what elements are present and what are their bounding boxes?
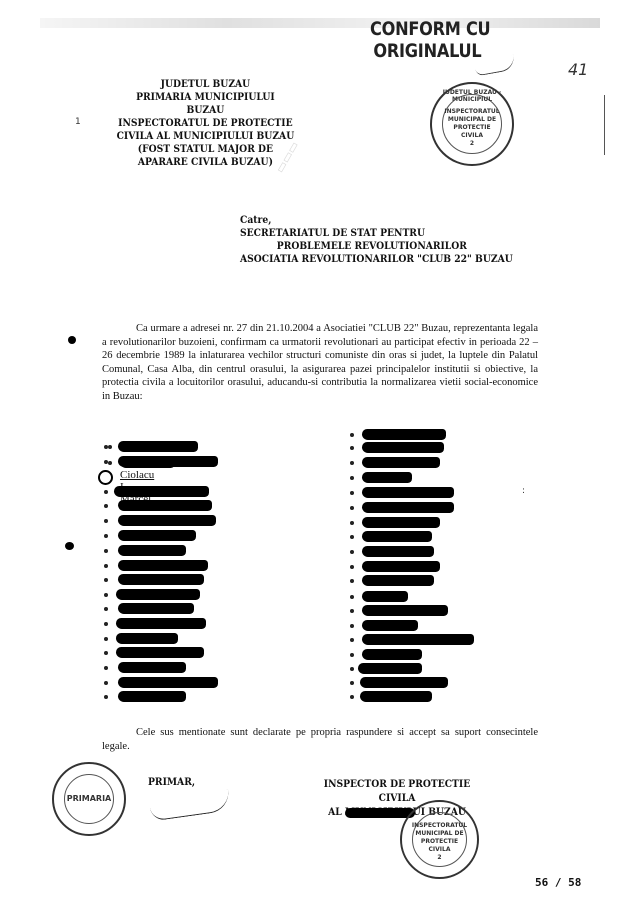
ink-circle bbox=[98, 470, 113, 485]
ink-blot bbox=[65, 542, 74, 550]
addressee-line-3: ASOCIATIA REVOLUTIONARILOR "CLUB 22" BUZ… bbox=[240, 253, 513, 266]
header-line: BUZAU bbox=[95, 104, 316, 117]
header-line: PRIMARIA MUNICIPIULUI bbox=[95, 91, 316, 104]
conform-line-1: CONFORM CU bbox=[370, 18, 490, 40]
header-line: (FOST STATUL MAJOR DE bbox=[95, 143, 316, 156]
page-indicator: 56 / 58 bbox=[535, 876, 581, 889]
addressee-block: Catre, SECRETARIATUL DE STAT PENTRU PROB… bbox=[240, 214, 513, 266]
page-mark-handwritten: 41 bbox=[568, 60, 588, 79]
conform-cu-originalul-stamp: CONFORM CU ORIGINALUL bbox=[370, 18, 490, 62]
header-line: INSPECTORATUL DE PROTECTIE bbox=[95, 117, 316, 130]
addressee-line-1: SECRETARIATUL DE STAT PENTRU bbox=[240, 227, 513, 240]
closing-statement: Cele sus mentionate sunt declarate pe pr… bbox=[102, 726, 538, 754]
margin-line bbox=[604, 95, 605, 155]
scan-artifact bbox=[40, 18, 600, 28]
mayor-signature bbox=[149, 790, 231, 822]
list-left-column: Ciolacu I. Marcel bbox=[104, 441, 304, 701]
ink-blot bbox=[68, 336, 76, 344]
margin-mark: 1 bbox=[75, 117, 81, 127]
conform-line-2: ORIGINALUL bbox=[370, 40, 490, 62]
issuer-header: JUDETUL BUZAU PRIMARIA MUNICIPIULUI BUZA… bbox=[95, 78, 316, 169]
primaria-seal: PRIMARIA bbox=[52, 762, 126, 836]
official-seal-top: JUDETUL BUZAU · MUNICIPIUL INSPECTORATUL… bbox=[430, 82, 514, 166]
list-right-column bbox=[350, 441, 550, 701]
margin-mark: : bbox=[522, 486, 525, 496]
redacted-signature bbox=[345, 808, 415, 818]
header-line: CIVILA AL MUNICIPIULUI BUZAU bbox=[95, 130, 316, 143]
official-seal-bottom: INSPECTORATUL MUNICIPAL DE PROTECTIE CIV… bbox=[400, 800, 479, 879]
addressee-line-2: PROBLEMELE REVOLUTIONARILOR bbox=[240, 240, 513, 253]
header-line: APARARE CIVILA BUZAU) bbox=[95, 156, 316, 169]
body-paragraph: Ca urmare a adresei nr. 27 din 21.10.200… bbox=[102, 322, 538, 403]
header-line: JUDETUL BUZAU bbox=[95, 78, 316, 91]
salutation: Catre, bbox=[240, 214, 513, 227]
mayor-title: PRIMAR, bbox=[148, 777, 195, 788]
